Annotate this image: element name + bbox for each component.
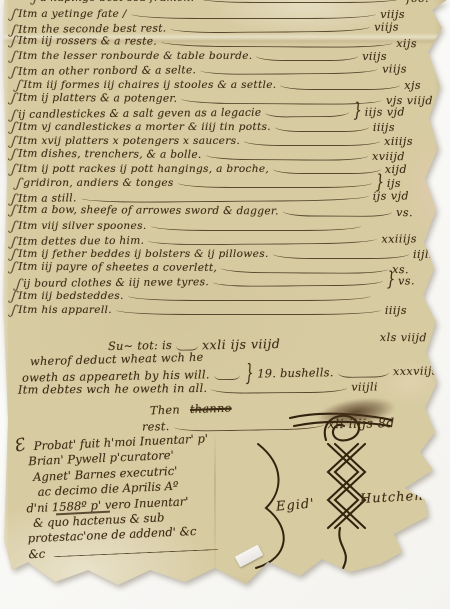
item-amount: vs. (398, 274, 415, 287)
line-curl-flourish (10, 303, 17, 318)
inventory-row: Itm vj candlestickes a morter & iiij tin… (12, 120, 435, 134)
ink-rule (273, 164, 381, 174)
inventory-rows: a kupinge best soa frumen.ſoo.Itm a yeti… (12, 0, 435, 343)
item-text: Itm his apparell. (18, 304, 112, 317)
ink-rule (170, 22, 370, 34)
ink-rule (256, 51, 358, 61)
ink-rule (280, 80, 400, 90)
item-amount: viijs (374, 21, 399, 34)
inventory-row: a kupinge best soa frumen.ſoo. (34, 0, 435, 5)
brace-mark: } (353, 101, 361, 121)
ink-rule (151, 221, 361, 231)
item-amount: iijli (413, 248, 433, 261)
ink-rule (81, 191, 369, 204)
debts-text: Itm debtes wch he oweth in all. (18, 382, 208, 398)
item-text: ij bourd clothes & iij newe tyres. (23, 276, 209, 291)
ink-rule (148, 233, 377, 245)
item-amount: ſoo. (406, 0, 429, 5)
item-amount: xviijd (372, 150, 405, 163)
inventory-row: Itm xvij platters x potengers x saucers.… (12, 134, 435, 148)
item-amount: xjs (404, 79, 421, 92)
item-text: Itm iij formes iij chaires ij stooles & … (23, 79, 276, 92)
line-curl-flourish (10, 203, 17, 218)
item-amount: xls viijd (380, 331, 427, 344)
ink-rule (206, 150, 369, 161)
item-text: Itm a bow, sheefe of arrowes sword & dag… (18, 204, 279, 219)
item-amount: vs. (396, 207, 413, 220)
item-text: Itm an other ronbord & a selte. (18, 65, 196, 80)
rest-amount: xli iiijs 8d (327, 416, 394, 431)
inventory-row: Itm a bow, sheefe of arrowes sword & dag… (12, 203, 435, 220)
manuscript-paper: a kupinge best soa frumen.ſoo.Itm a yeti… (0, 0, 450, 609)
ink-rule (275, 122, 369, 132)
struck-word: thanno (190, 402, 232, 417)
inventory-row: Itm iij rossers & a reste.xijs (12, 34, 435, 51)
rest-label: rest. (142, 420, 170, 434)
sum-total-amount: xxli ijs viijd (202, 337, 280, 352)
item-text: gridiron, andiers & tonges (23, 177, 173, 190)
signature-swash-flourish (398, 500, 438, 600)
item-amount: iiijs (373, 121, 395, 134)
item-text: Itm the lesser ronbourde & table bourde. (18, 50, 252, 63)
ink-rule (131, 9, 377, 19)
ink-rule (283, 207, 392, 218)
inventory-row: Itm iij formes iij chaires ij stooles & … (17, 78, 435, 92)
probate-clause: Probat' fuit h'moi Inuentar' p' Brian' P… (23, 429, 273, 563)
ink-rule (338, 367, 390, 378)
inventory-row: Itm ij fether beddes ij bolsters & ij pi… (12, 247, 435, 261)
ink-rule (181, 93, 382, 104)
sum-total-row: Su~ tot: is xxli ijs viijd (108, 336, 338, 354)
manuscript-scan: a kupinge best soa frumen.ſoo.Itm a yeti… (0, 0, 450, 609)
paper-shadow-wrap: a kupinge best soa frumen.ſoo.Itm a yeti… (0, 0, 450, 609)
inventory-row: Itm dishes, trenchers, & a bolle.xviijd (12, 147, 435, 164)
item-text: Itm dishes, trenchers, & a bolle. (18, 148, 201, 162)
then-row: Then thanno (150, 402, 232, 419)
line-curl-flourish (10, 7, 17, 22)
item-text: ij candlestickes & a salt geven as a leg… (18, 107, 261, 122)
line-curl-flourish (32, 0, 39, 6)
ink-rule (221, 263, 388, 274)
inventory-row: Itm ij pott rackes ij pott hangings, a b… (12, 162, 435, 176)
item-text: a kupinge best soa frumen. (40, 0, 194, 5)
ink-rule (214, 370, 240, 380)
line-curl-flourish (10, 162, 17, 177)
line-curl-flourish (10, 218, 17, 233)
then-word: Then (150, 403, 180, 418)
paper-crease (214, 430, 216, 585)
item-text: Itm viij silver spoones. (18, 220, 146, 233)
inventory-row: Itm iij bedsteddes. (12, 289, 435, 303)
line-curl-flourish (10, 49, 17, 64)
wheat-amount: xxxviijs (393, 364, 438, 379)
ink-rule (213, 276, 383, 287)
item-amount: xxiiijs (381, 232, 417, 245)
brace-mark: } (387, 270, 395, 290)
ink-rule (128, 291, 371, 301)
ink-rule (273, 249, 409, 259)
inventory-row: Itm his apparell.iiijs (12, 303, 435, 317)
item-amount: xiiijs (384, 135, 413, 148)
item-text: Itm iij bedsteddes. (18, 290, 123, 303)
bushels-text: 19. bushells. (257, 366, 334, 381)
inventory-row: Itm viij silver spoones. (12, 219, 435, 233)
ink-rule (198, 0, 402, 3)
ink-rule (161, 37, 392, 48)
ink-rule (211, 383, 347, 394)
ink-rule (116, 305, 381, 315)
item-text: Itm vj candlestickes a morter & iiij tin… (18, 121, 271, 134)
ink-rule (265, 107, 349, 118)
item-text: Itm ij platters & a potenger. (18, 91, 177, 105)
line-curl-flourish (10, 90, 17, 105)
line-curl-flourish (15, 176, 22, 191)
line-curl-flourish (10, 65, 17, 80)
item-amount: iiijs (385, 304, 407, 317)
item-text: Itm dettes due to him. (18, 234, 144, 248)
item-amount: viijs (382, 63, 407, 76)
item-text: Itm ij fether beddes ij bolsters & ij pi… (18, 248, 268, 261)
ink-rule (178, 178, 372, 188)
item-amount: xijd (385, 163, 407, 176)
item-text: Itm ij pott rackes ij pott hangings, a b… (18, 163, 269, 176)
item-text: Itm iij payre of sheetes a coverlett, (18, 261, 217, 275)
ink-rule (244, 136, 380, 146)
ink-rule (176, 340, 198, 350)
item-amount: iijs vjd (365, 105, 405, 118)
item-text: Itm a yetinge fate / (18, 8, 126, 21)
item-amount: ijs vjd (373, 190, 409, 203)
ink-rule (173, 419, 323, 432)
item-text: Itm iij rossers & a reste. (18, 35, 157, 49)
ink-rule (200, 64, 378, 76)
debts-row: Itm debtes wch he oweth in all. viijli (18, 380, 378, 397)
debts-amount: viijli (351, 380, 378, 394)
line-curl-flourish (10, 259, 17, 274)
item-amount: xijs (396, 37, 417, 50)
